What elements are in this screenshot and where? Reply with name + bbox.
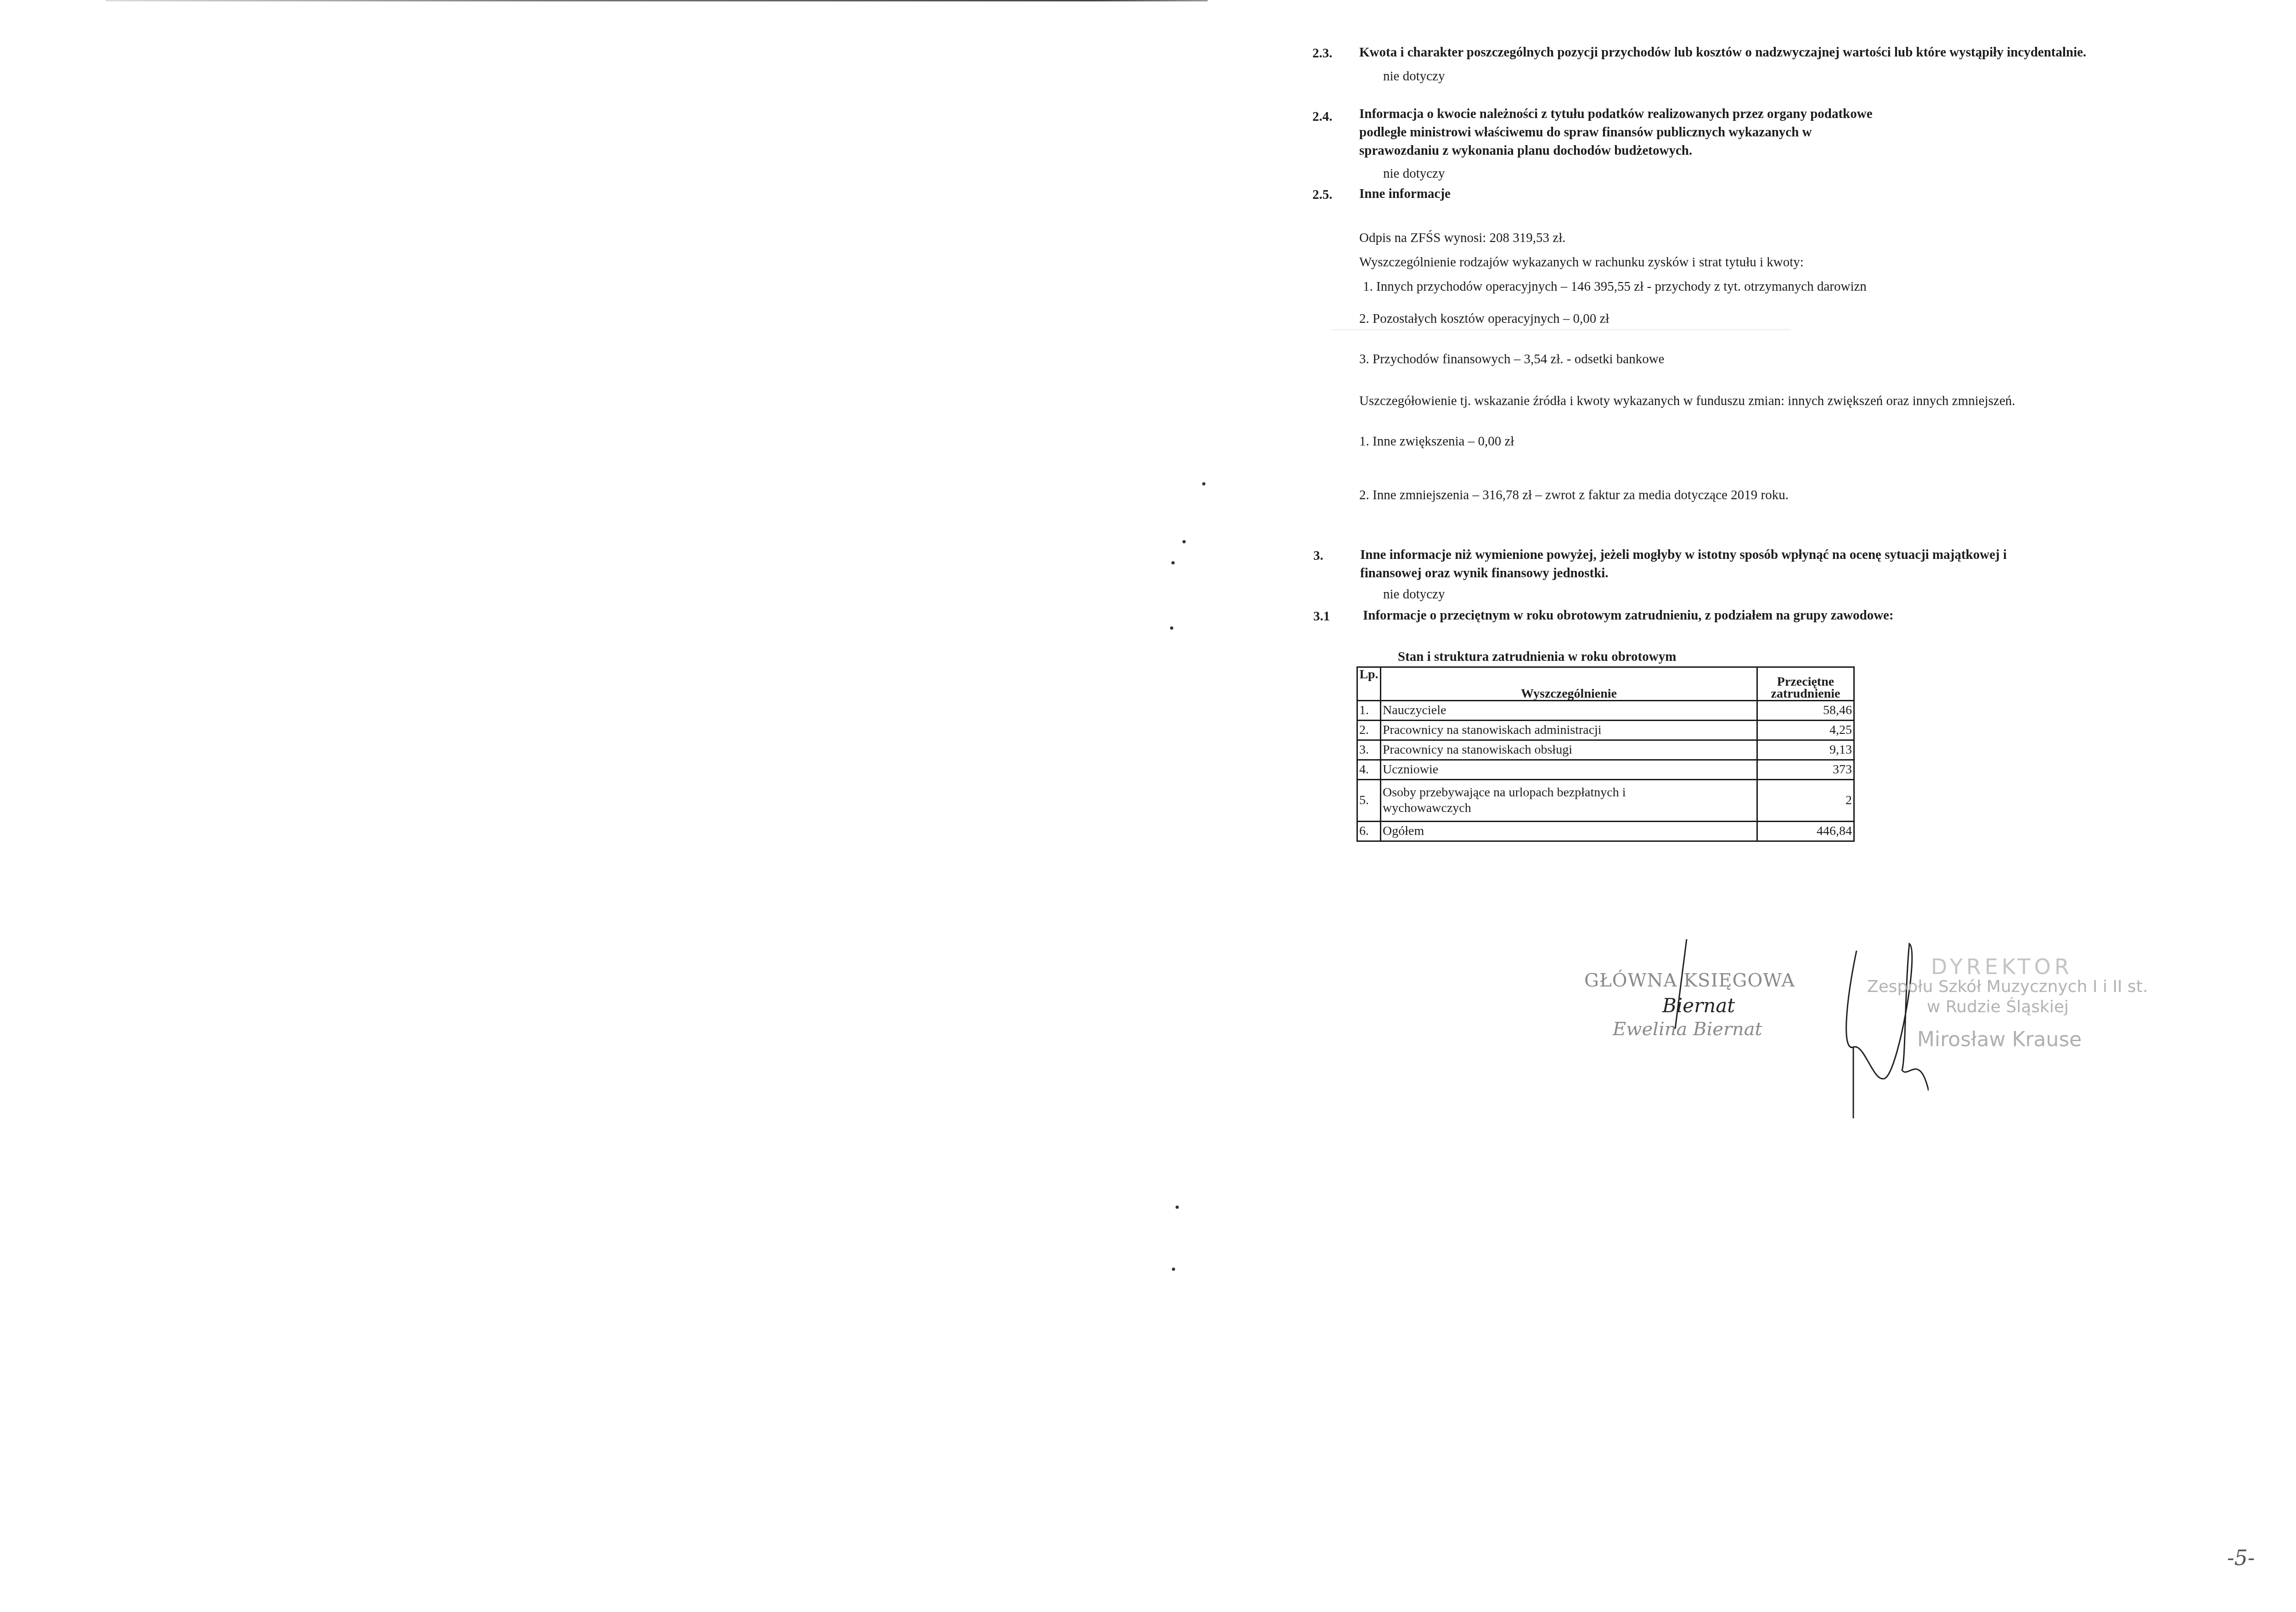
director-location: w Rudzie Śląskiej bbox=[1927, 998, 2069, 1016]
section-heading: Kwota i charakter poszczególnych pozycji… bbox=[1359, 44, 2086, 61]
row-lp: 1. bbox=[1357, 701, 1381, 721]
row-name: Pracownicy na stanowiskach obsługi bbox=[1381, 740, 1757, 760]
table-row: 2.Pracownicy na stanowiskach administrac… bbox=[1357, 721, 1854, 740]
income-intro: Wyszczególnienie rodzajów wykazanych w r… bbox=[1359, 255, 1804, 270]
scan-edge-line bbox=[106, 0, 1208, 1]
section-heading-line: podległe ministrowi właściwemu do spraw … bbox=[1359, 124, 1812, 141]
section-note: nie dotyczy bbox=[1383, 587, 1445, 602]
scan-speck bbox=[1202, 482, 1205, 485]
row-value: 373 bbox=[1757, 760, 1854, 780]
table-row: 5.Osoby przebywające na urlopach bezpłat… bbox=[1357, 780, 1854, 822]
table-row: 4.Uczniowie373 bbox=[1357, 760, 1854, 780]
section-heading-line: Informacja o kwocie należności z tytułu … bbox=[1359, 106, 1873, 123]
header-name: Wyszczególnienie bbox=[1381, 667, 1757, 701]
header-value: Przeciętne zatrudnienie bbox=[1757, 667, 1854, 701]
row-name: Osoby przebywające na urlopach bezpłatny… bbox=[1381, 780, 1757, 822]
zfss-amount: Odpis na ZFŚS wynosi: 208 319,53 zł. bbox=[1359, 231, 1566, 246]
scan-speck bbox=[1182, 540, 1186, 543]
employment-table: Lp. Wyszczególnienie Przeciętne zatrudni… bbox=[1356, 666, 1855, 842]
scan-speck bbox=[1176, 1206, 1179, 1209]
income-item: 2. Pozostałych kosztów operacyjnych – 0,… bbox=[1359, 311, 1609, 327]
income-item: 3. Przychodów finansowych – 3,54 zł. - o… bbox=[1359, 352, 1664, 367]
table-row: 6.Ogółem446,84 bbox=[1357, 822, 1854, 841]
section-heading: Inne informacje bbox=[1359, 186, 1451, 203]
row-value: 2 bbox=[1757, 780, 1854, 822]
row-name: Ogółem bbox=[1381, 822, 1757, 841]
section-heading-line: finansowej oraz wynik finansowy jednostk… bbox=[1360, 565, 1609, 582]
section-heading: Informacje o przeciętnym w roku obrotowy… bbox=[1363, 607, 1894, 624]
section-number: 2.3. bbox=[1312, 46, 1333, 61]
section-note: nie dotyczy bbox=[1383, 69, 1445, 84]
section-heading-line: sprawozdaniu z wykonania planu dochodów … bbox=[1359, 142, 1692, 159]
row-lp: 4. bbox=[1357, 760, 1381, 780]
row-value: 4,25 bbox=[1757, 721, 1854, 740]
table-row: 1.Nauczyciele58,46 bbox=[1357, 701, 1854, 721]
row-lp: 5. bbox=[1357, 780, 1381, 822]
section-heading-line: Inne informacje niż wymienione powyżej, … bbox=[1360, 547, 2007, 564]
fund-item: 2. Inne zmniejszenia – 316,78 zł – zwrot… bbox=[1359, 488, 1789, 503]
income-item: 1. Innych przychodów operacyjnych – 146 … bbox=[1363, 279, 1867, 294]
row-name: Uczniowie bbox=[1381, 760, 1757, 780]
table-header-row: Lp. Wyszczególnienie Przeciętne zatrudni… bbox=[1357, 667, 1854, 701]
scan-speck bbox=[1170, 626, 1173, 630]
fund-intro: Uszczegółowienie tj. wskazanie źródła i … bbox=[1359, 394, 2015, 409]
fund-item: 1. Inne zwiększenia – 0,00 zł bbox=[1359, 434, 1514, 449]
table-caption: Stan i struktura zatrudnienia w roku obr… bbox=[1398, 649, 1676, 665]
row-value: 58,46 bbox=[1757, 701, 1854, 721]
header-lp: Lp. bbox=[1357, 667, 1381, 701]
section-number: 3.1 bbox=[1313, 609, 1330, 624]
section-note: nie dotyczy bbox=[1383, 166, 1445, 181]
section-number: 2.4. bbox=[1312, 109, 1333, 124]
section-number: 2.5. bbox=[1312, 187, 1333, 203]
row-name: Nauczyciele bbox=[1381, 701, 1757, 721]
table-row: 3.Pracownicy na stanowiskach obsługi9,13 bbox=[1357, 740, 1854, 760]
director-title: DYREKTOR bbox=[1931, 954, 2073, 979]
scan-artifact-line bbox=[1332, 329, 1791, 330]
signature-strokes bbox=[1561, 932, 1929, 1125]
row-lp: 3. bbox=[1357, 740, 1381, 760]
section-number: 3. bbox=[1313, 548, 1323, 564]
director-name: Mirosław Krause bbox=[1917, 1028, 2082, 1051]
page-number: -5- bbox=[2227, 1545, 2255, 1570]
scan-speck bbox=[1172, 1268, 1175, 1271]
scan-speck bbox=[1171, 561, 1175, 564]
director-institution: Zespołu Szkół Muzycznych I i II st. bbox=[1867, 977, 2148, 996]
row-lp: 2. bbox=[1357, 721, 1381, 740]
row-name: Pracownicy na stanowiskach administracji bbox=[1381, 721, 1757, 740]
row-value: 9,13 bbox=[1757, 740, 1854, 760]
row-lp: 6. bbox=[1357, 822, 1381, 841]
row-value: 446,84 bbox=[1757, 822, 1854, 841]
